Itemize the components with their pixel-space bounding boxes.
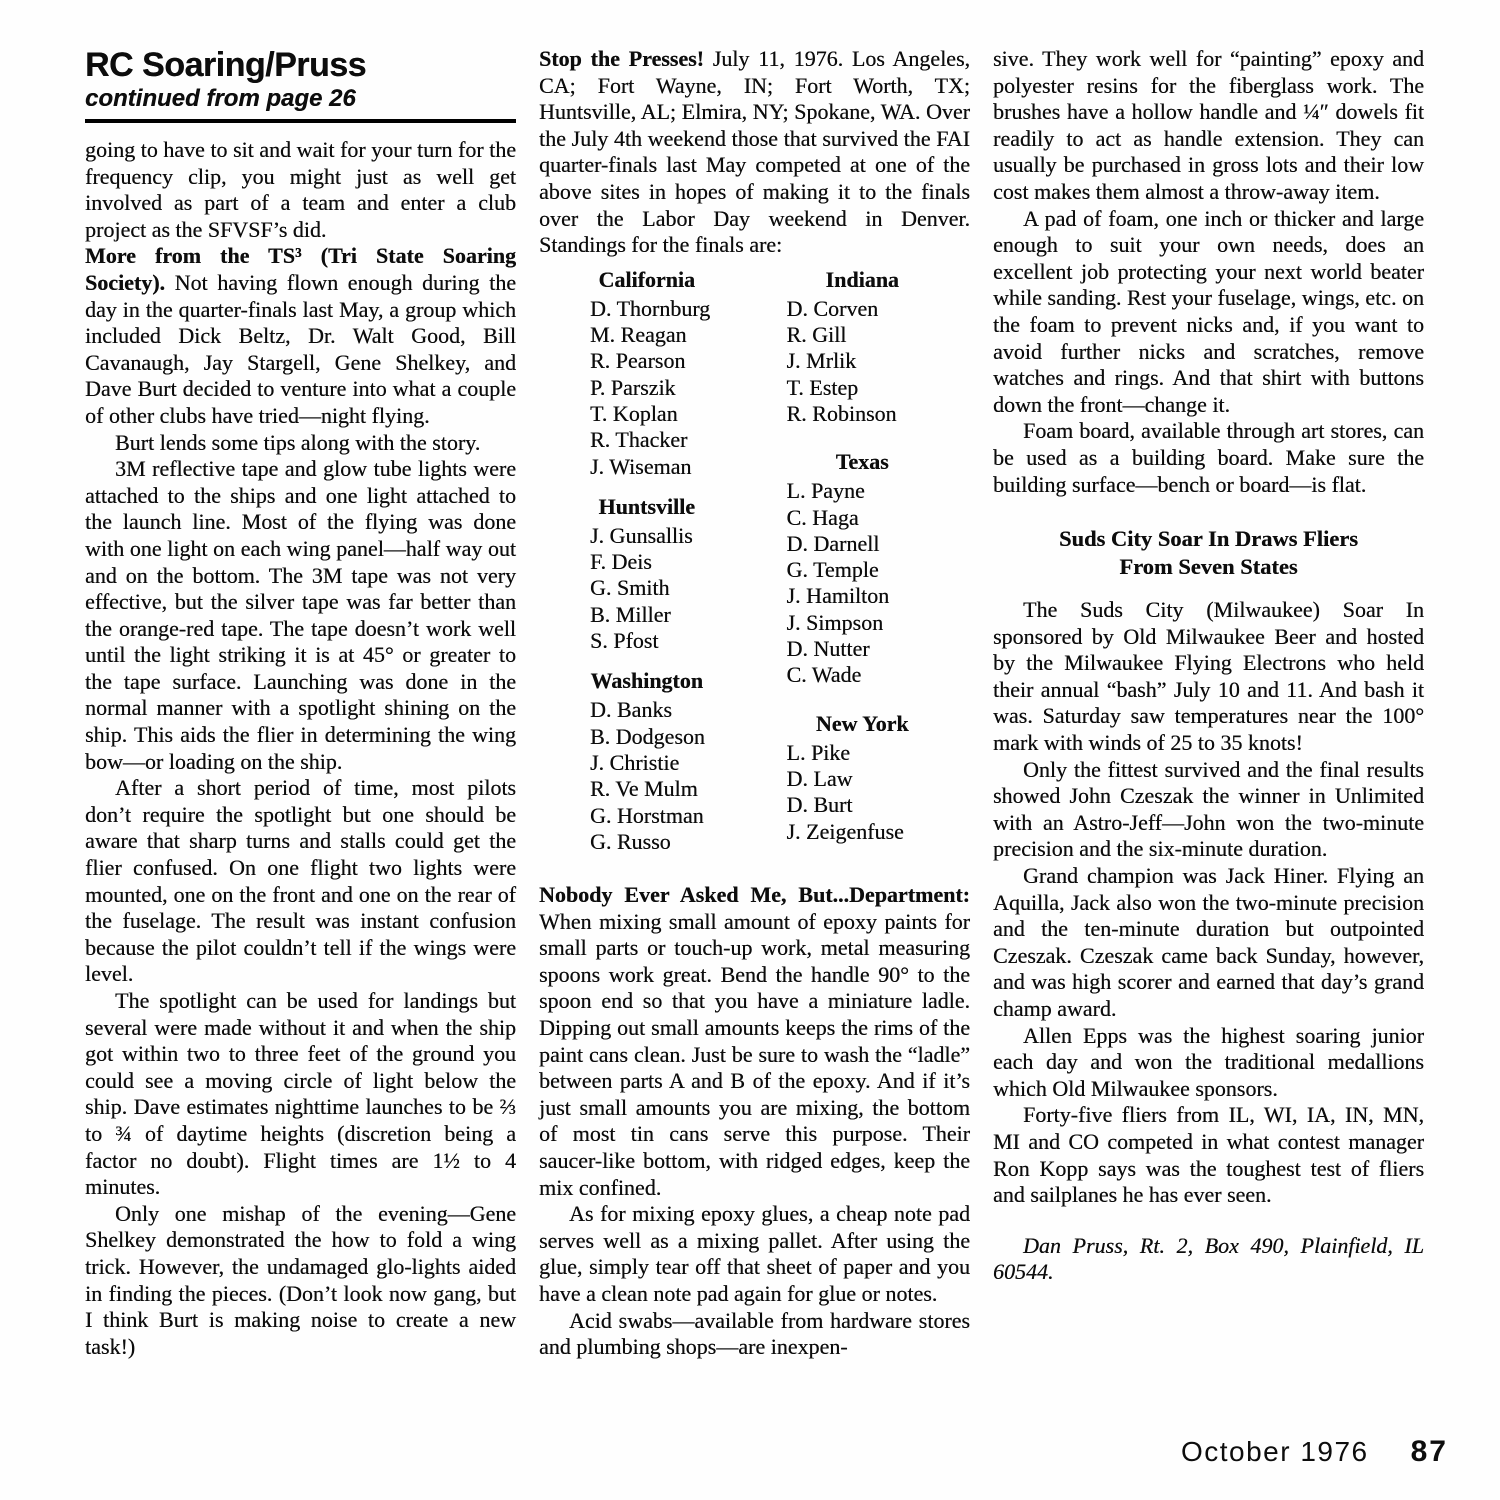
paragraph: After a short period of time, most pilot… (85, 775, 516, 988)
standings-subcolumn-left: California D. ThornburgM. ReaganR. Pears… (539, 264, 755, 855)
paragraph-text: Only the fittest survived and the final … (993, 757, 1424, 862)
standings-name: J. Simpson (787, 610, 971, 636)
paragraph: going to have to sit and wait for your t… (85, 137, 516, 243)
standings-name: D. Banks (590, 697, 755, 723)
author-byline: Dan Pruss, Rt. 2, Box 490, Plainfield, I… (993, 1233, 1424, 1286)
standings-name: C. Wade (787, 662, 971, 688)
paragraph-text: July 11, 1976. Los Angeles, CA; Fort Way… (539, 46, 970, 257)
standings-names: D. BanksB. DodgesonJ. ChristieR. Ve Mulm… (539, 697, 755, 855)
standings-name: D. Corven (787, 296, 971, 322)
standings-name: G. Temple (787, 557, 971, 583)
standings-name: M. Reagan (590, 322, 755, 348)
continued-from-note: continued from page 26 (85, 85, 516, 112)
standings-name: G. Horstman (590, 803, 755, 829)
paragraph-lead: Stop the Presses! (539, 46, 704, 71)
standings-name: R. Pearson (590, 348, 755, 374)
paragraph-text: Acid swabs—available from hardware store… (539, 1308, 970, 1360)
standings-name: C. Haga (787, 505, 971, 531)
paragraph-text: Foam board, available through art stores… (993, 418, 1424, 496)
paragraph-text: A pad of foam, one inch or thicker and l… (993, 206, 1424, 417)
paragraph: sive. They work well for “painting” epox… (993, 46, 1424, 206)
paragraph-text: Grand champion was Jack Hiner. Flying an… (993, 863, 1424, 1021)
subheading-line1: Suds City Soar In Draws Fliers (1011, 525, 1406, 553)
section-subheading: Suds City Soar In Draws Fliers From Seve… (1011, 525, 1406, 581)
standings-names: L. PikeD. LawD. BurtJ. Zeigenfuse (755, 740, 971, 845)
standings-group: Huntsville J. GunsallisF. DeisG. SmithB.… (539, 493, 755, 654)
standings-name: D. Burt (787, 792, 971, 818)
standings-name: B. Miller (590, 602, 755, 628)
paragraph-text: As for mixing epoxy glues, a cheap note … (539, 1201, 970, 1306)
standings-name: R. Thacker (590, 427, 755, 453)
standings-name: R. Robinson (787, 401, 971, 427)
paragraph: Only the fittest survived and the final … (993, 757, 1424, 863)
standings-name: L. Payne (787, 478, 971, 504)
standings-state-header: Texas (755, 448, 971, 475)
column-middle: Stop the Presses! July 11, 1976. Los Ang… (539, 46, 970, 1361)
standings-state-header: Washington (539, 667, 755, 694)
paragraph-text: After a short period of time, most pilot… (85, 775, 516, 986)
standings-names: L. PayneC. HagaD. DarnellG. TempleJ. Ham… (755, 478, 971, 688)
standings-group: California D. ThornburgM. ReaganR. Pears… (539, 266, 755, 480)
standings-group: New York L. PikeD. LawD. BurtJ. Zeigenfu… (755, 710, 971, 845)
standings-names: D. ThornburgM. ReaganR. PearsonP. Parszi… (539, 296, 755, 480)
paragraph-text: When mixing small amount of epoxy paints… (539, 909, 970, 1200)
paragraph: Nobody Ever Asked Me, But...Department: … (539, 882, 970, 1201)
standings-names: J. GunsallisF. DeisG. SmithB. MillerS. P… (539, 523, 755, 654)
standings-name: L. Pike (787, 740, 971, 766)
paragraph-text: Forty-five fliers from IL, WI, IA, IN, M… (993, 1102, 1424, 1207)
finals-standings: California D. ThornburgM. ReaganR. Pears… (539, 264, 970, 855)
standings-names: D. CorvenR. GillJ. MrlikT. EstepR. Robin… (755, 296, 971, 427)
paragraph: Acid swabs—available from hardware store… (539, 1308, 970, 1361)
paragraph-text: sive. They work well for “painting” epox… (993, 46, 1424, 204)
article-title: RC Soaring/Pruss (85, 46, 516, 84)
paragraph: 3M reflective tape and glow tube lights … (85, 456, 516, 775)
column-right: sive. They work well for “painting” epox… (993, 46, 1424, 1361)
standings-group: Indiana D. CorvenR. GillJ. MrlikT. Estep… (755, 266, 971, 427)
standings-name: P. Parszik (590, 375, 755, 401)
standings-name: J. Hamilton (787, 583, 971, 609)
column-left: RC Soaring/Pruss continued from page 26 … (85, 46, 516, 1361)
column-layout: RC Soaring/Pruss continued from page 26 … (85, 46, 1424, 1361)
standings-state-header: California (539, 266, 755, 293)
paragraph: More from the TS³ (Tri State Soaring Soc… (85, 243, 516, 429)
paragraph: Foam board, available through art stores… (993, 418, 1424, 498)
paragraph-text: Only one mishap of the evening—Gene Shel… (85, 1201, 516, 1359)
standings-name: T. Estep (787, 375, 971, 401)
standings-group: Texas L. PayneC. HagaD. DarnellG. Temple… (755, 448, 971, 688)
issue-date: October 1976 (1181, 1436, 1369, 1468)
paragraph: The Suds City (Milwaukee) Soar In sponso… (993, 597, 1424, 757)
paragraph: Stop the Presses! July 11, 1976. Los Ang… (539, 46, 970, 259)
paragraph: Forty-five fliers from IL, WI, IA, IN, M… (993, 1102, 1424, 1208)
standings-name: T. Koplan (590, 401, 755, 427)
page-footer: October 1976 87 (1181, 1435, 1448, 1469)
standings-name: J. Christie (590, 750, 755, 776)
paragraph: Grand champion was Jack Hiner. Flying an… (993, 863, 1424, 1023)
standings-name: G. Smith (590, 575, 755, 601)
standings-subcolumn-right: Indiana D. CorvenR. GillJ. MrlikT. Estep… (755, 264, 971, 855)
paragraph: Burt lends some tips along with the stor… (85, 430, 516, 457)
standings-name: R. Gill (787, 322, 971, 348)
standings-name: B. Dodgeson (590, 724, 755, 750)
standings-state-header: New York (755, 710, 971, 737)
paragraph: A pad of foam, one inch or thicker and l… (993, 206, 1424, 419)
magazine-page: RC Soaring/Pruss continued from page 26 … (0, 0, 1500, 1500)
header-rule (85, 119, 516, 123)
standings-name: J. Mrlik (787, 348, 971, 374)
paragraph-text: Burt lends some tips along with the stor… (115, 430, 480, 455)
standings-state-header: Indiana (755, 266, 971, 293)
standings-name: G. Russo (590, 829, 755, 855)
standings-name: F. Deis (590, 549, 755, 575)
paragraph-text: 3M reflective tape and glow tube lights … (85, 456, 516, 774)
standings-name: D. Darnell (787, 531, 971, 557)
paragraph: As for mixing epoxy glues, a cheap note … (539, 1201, 970, 1307)
standings-name: D. Law (787, 766, 971, 792)
paragraph: Only one mishap of the evening—Gene Shel… (85, 1201, 516, 1361)
paragraph: Allen Epps was the highest soaring junio… (993, 1023, 1424, 1103)
subheading-line2: From Seven States (1011, 553, 1406, 581)
standings-name: J. Zeigenfuse (787, 819, 971, 845)
paragraph: The spotlight can be used for landings b… (85, 988, 516, 1201)
paragraph-text: going to have to sit and wait for your t… (85, 137, 516, 242)
paragraph-text: Allen Epps was the highest soaring junio… (993, 1023, 1424, 1101)
standings-name: J. Gunsallis (590, 523, 755, 549)
standings-name: R. Ve Mulm (590, 776, 755, 802)
paragraph-lead: Nobody Ever Asked Me, But...Department: (539, 882, 970, 907)
standings-name: D. Nutter (787, 636, 971, 662)
standings-state-header: Huntsville (539, 493, 755, 520)
paragraph-text: The spotlight can be used for landings b… (85, 988, 516, 1199)
page-number: 87 (1411, 1435, 1448, 1469)
standings-name: S. Pfost (590, 628, 755, 654)
standings-group: Washington D. BanksB. DodgesonJ. Christi… (539, 667, 755, 855)
paragraph-text: The Suds City (Milwaukee) Soar In sponso… (993, 597, 1424, 755)
standings-name: D. Thornburg (590, 296, 755, 322)
standings-name: J. Wiseman (590, 454, 755, 480)
